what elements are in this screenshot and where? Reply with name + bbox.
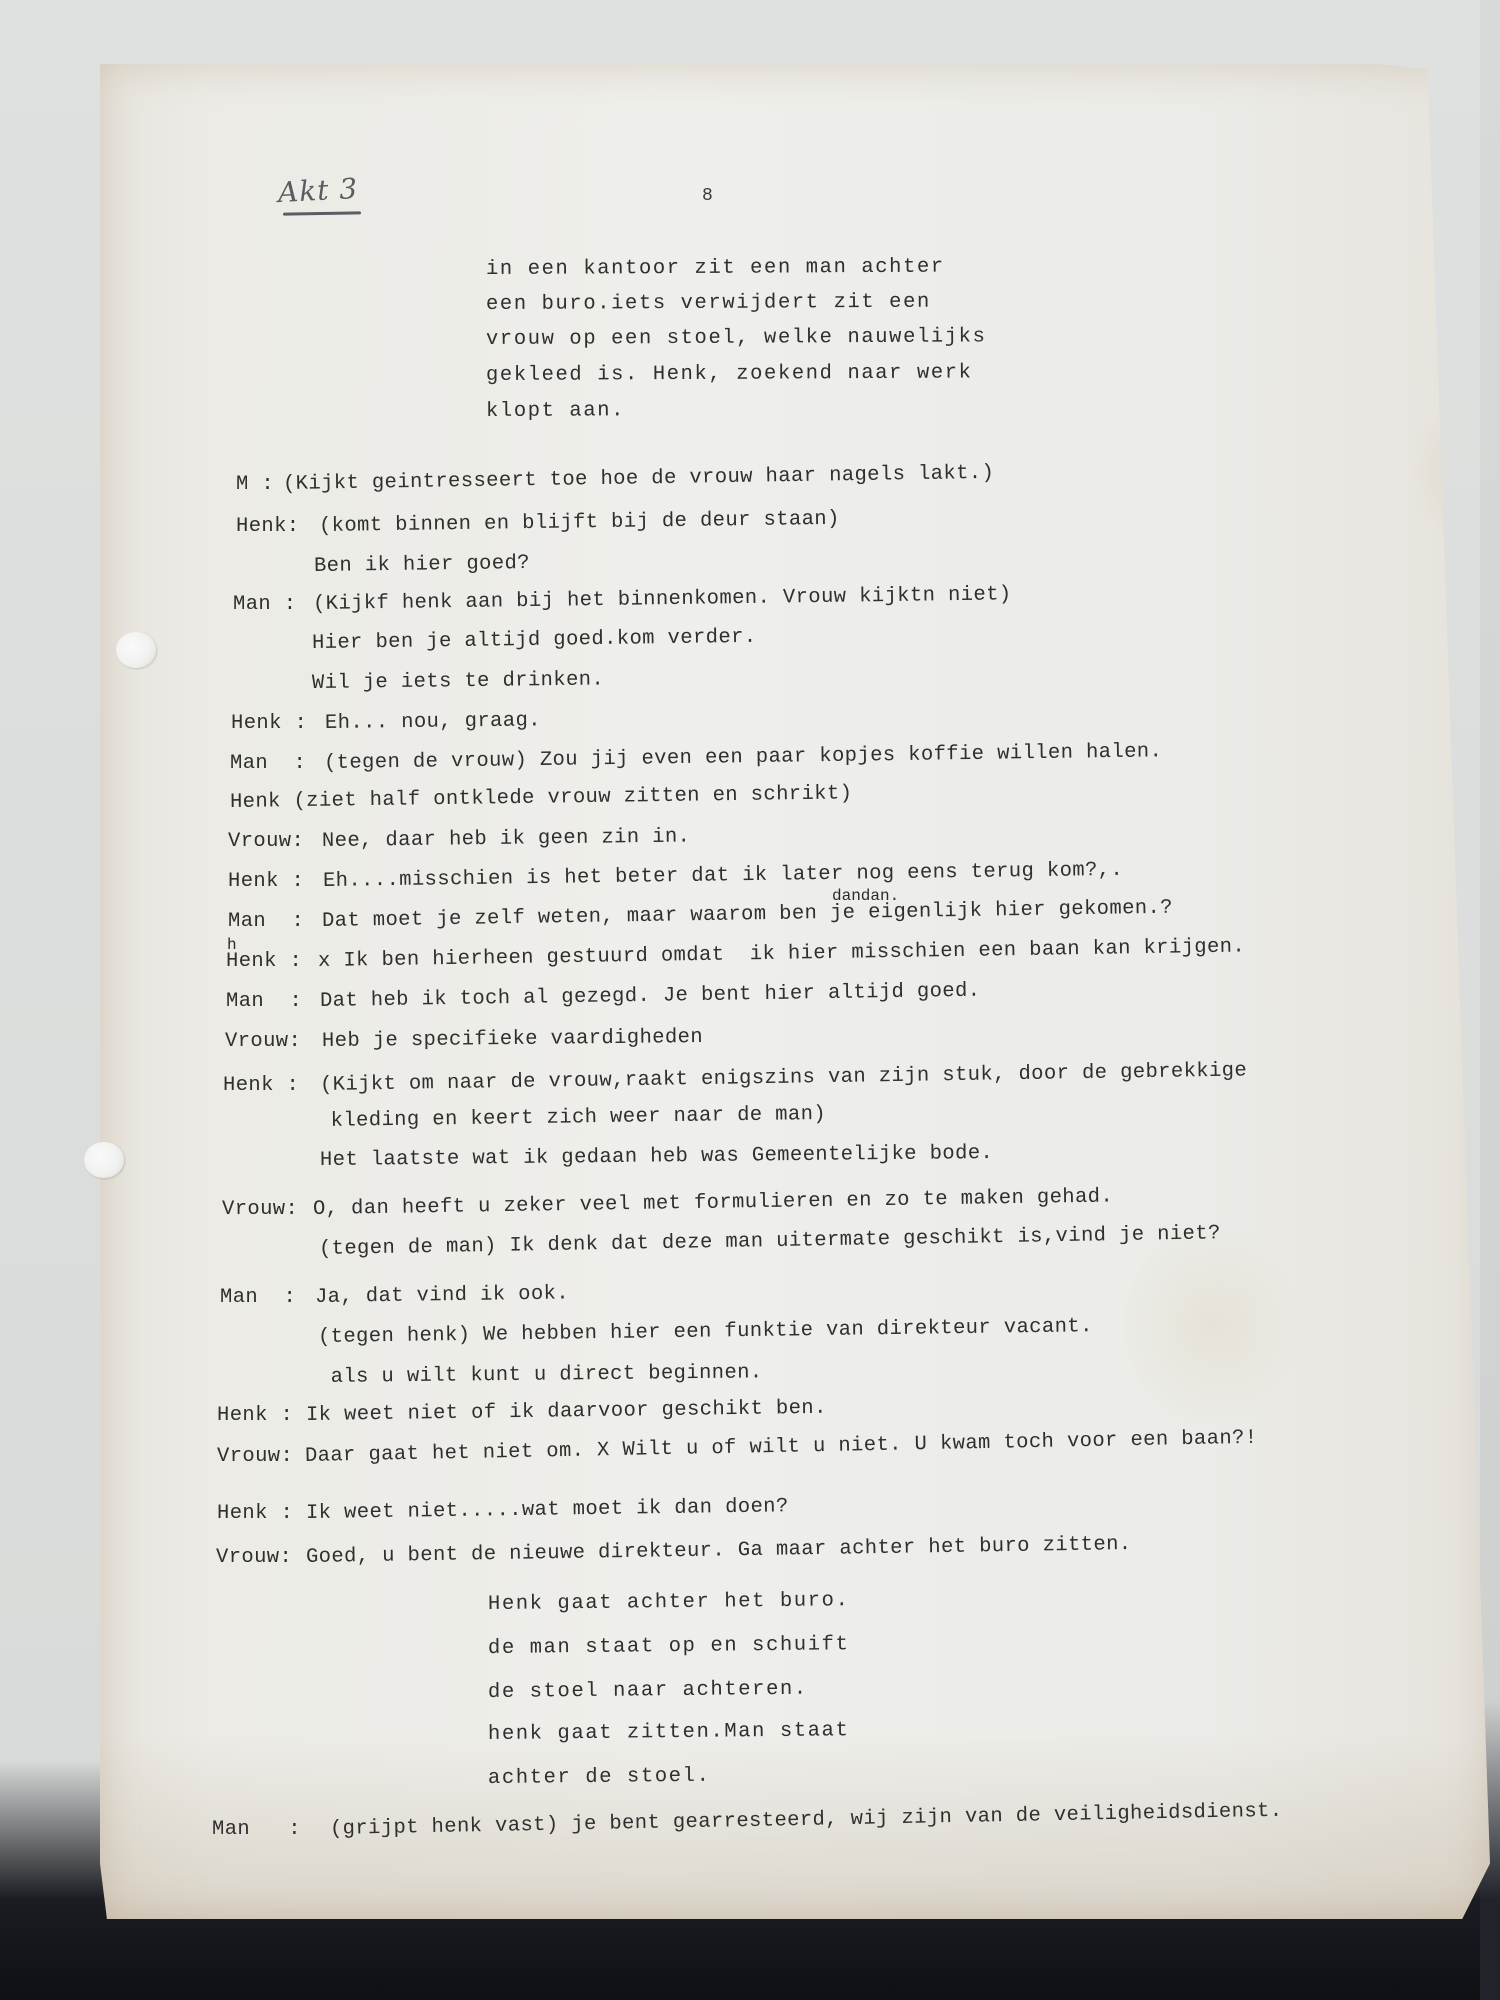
speaker-label: Henk : <box>217 1404 293 1427</box>
speaker-label: Vrouw: <box>222 1198 298 1221</box>
dialogue-text: als u wilt kunt u direct beginnen. <box>318 1361 763 1389</box>
punch-hole-top <box>116 632 156 668</box>
speaker-label: Henk: <box>236 515 300 538</box>
page-number: 8 <box>702 186 713 206</box>
speaker-label: Henk : <box>217 1502 293 1525</box>
speaker-label: Henk : <box>228 870 304 893</box>
stage-direction-line: de man staat op en schuift <box>488 1633 850 1660</box>
dialogue-text: Eh... nou, graag. <box>325 709 541 735</box>
speaker-label: Vrouw: <box>217 1445 293 1468</box>
speaker-label: M : <box>236 473 274 496</box>
dialogue-text: Ja, dat vind ik ook. <box>315 1282 569 1309</box>
stage-direction-line: de stoel naar achteren. <box>488 1678 808 1704</box>
dialogue-text: Nee, daar heb ik geen zin in. <box>322 826 691 853</box>
punch-hole-bottom <box>84 1142 124 1178</box>
stage-direction-line: klopt aan. <box>486 399 625 423</box>
stage-direction-line: gekleed is. Henk, zoekend naar werk <box>486 361 973 387</box>
speaker-label: Man : <box>228 910 304 933</box>
overstrike-correction: h <box>227 936 237 954</box>
speaker-label: Vrouw: <box>216 1546 292 1569</box>
stage-direction-line: in een kantoor zit een man achter <box>486 256 945 281</box>
stage-direction-line: achter de stoel. <box>488 1765 711 1790</box>
speaker-label: Man : <box>212 1818 301 1841</box>
dialogue-text: Wil je iets te drinken. <box>312 668 604 695</box>
stage-direction-line: henk gaat zitten.Man staat <box>488 1719 850 1746</box>
speaker-label: Man : <box>230 752 306 775</box>
dialogue-text: Heb je specifieke vaardigheden <box>322 1026 703 1053</box>
stage-direction-line: een buro.iets verwijdert zit een <box>486 291 931 316</box>
dialogue-text: Ben ik hier goed? <box>314 552 530 578</box>
speaker-label: Man : <box>226 990 302 1013</box>
speaker-label: Henk : <box>223 1074 299 1097</box>
speaker-label: Henk : <box>231 712 307 735</box>
stage-direction-line: vrouw op een stoel, welke nauwelijks <box>486 325 987 351</box>
overstrike-correction: dandan. <box>832 887 899 905</box>
stage-direction-line: Henk gaat achter het buro. <box>488 1589 850 1616</box>
speaker-label: Vrouw: <box>225 1030 301 1053</box>
handwritten-act-note: Akt 3 <box>277 172 359 209</box>
speaker-label: Man : <box>233 593 297 616</box>
speaker-label: Henk : <box>226 950 302 973</box>
speaker-label: Man : <box>220 1286 296 1309</box>
speaker-label: Vrouw: <box>228 830 304 853</box>
